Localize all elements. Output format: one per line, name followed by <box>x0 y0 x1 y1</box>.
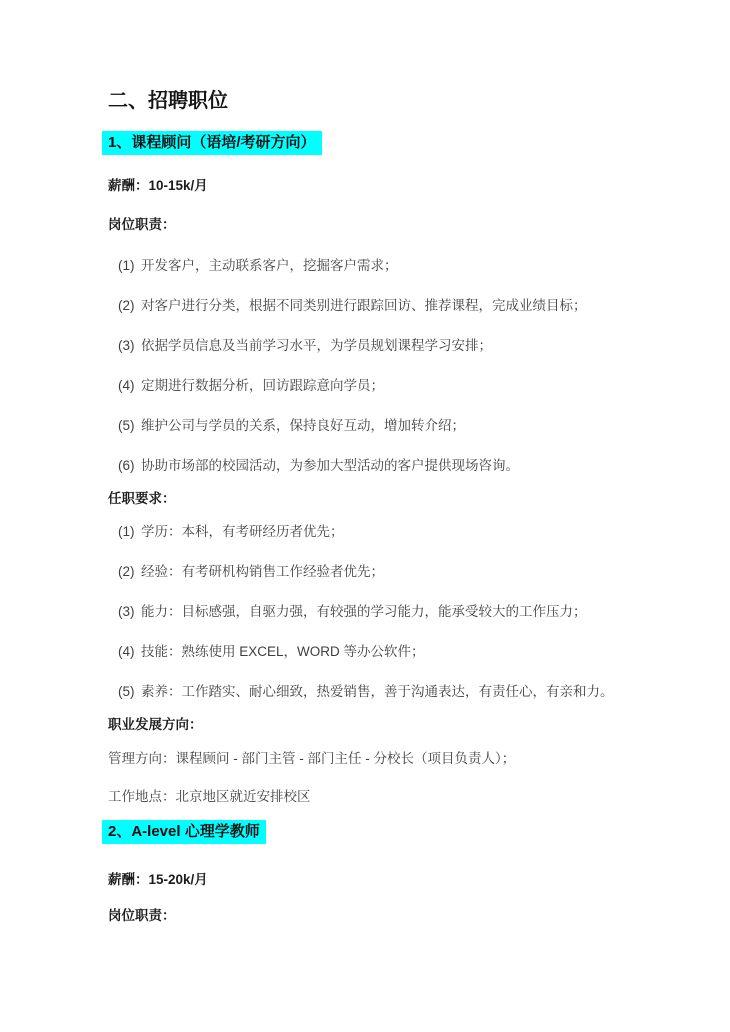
item-text: 开发客户，主动联系客户，挖掘客户需求； <box>141 258 398 273</box>
item-number: (1) <box>118 523 141 540</box>
item-number: (4) <box>118 377 141 394</box>
item-number: (2) <box>118 297 141 314</box>
item-text: 依据学员信息及当前学习水平，为学员规划课程学习安排； <box>141 338 492 353</box>
item-number: (3) <box>118 337 141 354</box>
item-text: 定期进行数据分析，回访跟踪意向学员； <box>141 378 384 393</box>
job-1-title-row: 1、课程顾问（语培/考研方向） <box>108 131 675 155</box>
list-item: (4)技能：熟练使用 EXCEL，WORD 等办公软件； <box>108 643 675 660</box>
list-item: (4)定期进行数据分析，回访跟踪意向学员； <box>108 377 675 394</box>
item-text: 维护公司与学员的关系，保持良好互动，增加转介绍； <box>141 418 465 433</box>
job-1-title-highlight: 1、课程顾问（语培/考研方向） <box>102 131 322 155</box>
job-1-requirements-label: 任职要求： <box>108 490 675 507</box>
item-number: (4) <box>118 643 141 660</box>
job-1-work-location: 工作地点：北京地区就近安排校区 <box>108 788 675 805</box>
item-number: (2) <box>118 563 141 580</box>
item-text: 学历：本科，有考研经历者优先； <box>141 524 344 539</box>
item-text: 协助市场部的校园活动，为参加大型活动的客户提供现场咨询。 <box>141 458 519 473</box>
list-item: (1)开发客户，主动联系客户，挖掘客户需求； <box>108 257 675 274</box>
item-number: (5) <box>118 417 141 434</box>
list-item: (3)依据学员信息及当前学习水平，为学员规划课程学习安排； <box>108 337 675 354</box>
job-2-responsibilities-label: 岗位职责： <box>108 907 675 924</box>
job-1-responsibilities-label: 岗位职责： <box>108 216 675 233</box>
job-1-career-label: 职业发展方向： <box>108 716 675 733</box>
item-number: (3) <box>118 603 141 620</box>
list-item: (3)能力：目标感强，自驱力强，有较强的学习能力，能承受较大的工作压力； <box>108 603 675 620</box>
item-text: 经验：有考研机构销售工作经验者优先； <box>141 564 384 579</box>
list-item: (6)协助市场部的校园活动，为参加大型活动的客户提供现场咨询。 <box>108 457 675 474</box>
job-1-salary: 薪酬：10-15k/月 <box>108 177 675 194</box>
item-number: (1) <box>118 257 141 274</box>
list-item: (2)对客户进行分类，根据不同类别进行跟踪回访、推荐课程，完成业绩目标； <box>108 297 675 314</box>
list-item: (2)经验：有考研机构销售工作经验者优先； <box>108 563 675 580</box>
job-2-title-row: 2、A-level 心理学教师 <box>108 820 675 844</box>
document-page: 二、招聘职位 1、课程顾问（语培/考研方向） 薪酬：10-15k/月 岗位职责：… <box>0 0 730 1032</box>
list-item: (1)学历：本科，有考研经历者优先； <box>108 523 675 540</box>
job-1-career-path: 管理方向：课程顾问 - 部门主管 - 部门主任 - 分校长（项目负责人）； <box>108 750 675 767</box>
item-text: 技能：熟练使用 EXCEL，WORD 等办公软件； <box>141 644 425 659</box>
job-2-salary: 薪酬：15-20k/月 <box>108 871 675 888</box>
list-item: (5)素养：工作踏实、耐心细致，热爱销售，善于沟通表达，有责任心，有亲和力。 <box>108 683 675 700</box>
item-text: 对客户进行分类，根据不同类别进行跟踪回访、推荐课程，完成业绩目标； <box>141 298 587 313</box>
job-2-title-highlight: 2、A-level 心理学教师 <box>102 820 266 844</box>
item-text: 素养：工作踏实、耐心细致，热爱销售，善于沟通表达，有责任心，有亲和力。 <box>141 684 614 699</box>
section-heading: 二、招聘职位 <box>108 88 675 114</box>
item-number: (6) <box>118 457 141 474</box>
list-item: (5)维护公司与学员的关系，保持良好互动，增加转介绍； <box>108 417 675 434</box>
item-text: 能力：目标感强，自驱力强，有较强的学习能力，能承受较大的工作压力； <box>141 604 587 619</box>
item-number: (5) <box>118 683 141 700</box>
